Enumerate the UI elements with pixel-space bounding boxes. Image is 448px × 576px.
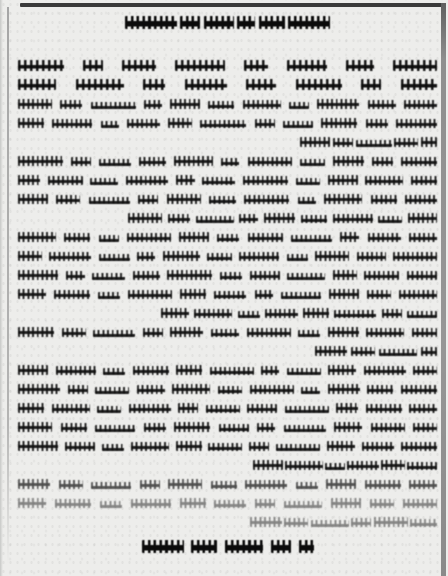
word-blob <box>334 422 362 432</box>
word-blob <box>49 252 91 261</box>
signature <box>142 538 314 555</box>
word-blob <box>381 460 405 470</box>
word-blob <box>176 441 202 451</box>
word-blob <box>333 138 353 147</box>
word-blob <box>175 60 225 71</box>
notice-content <box>18 14 437 555</box>
word-blob <box>405 195 437 204</box>
word-blob <box>374 517 408 527</box>
word-blob <box>178 403 198 413</box>
word-blob <box>296 178 320 185</box>
word-blob <box>407 271 437 280</box>
word-blob <box>18 441 58 451</box>
word-blob <box>99 254 130 261</box>
word-blob <box>394 138 418 147</box>
text-line <box>18 189 437 208</box>
word-blob <box>371 423 405 432</box>
word-blob <box>185 79 227 90</box>
word-blob <box>225 540 263 553</box>
word-blob <box>340 232 359 242</box>
word-blob <box>246 79 276 90</box>
signature-row <box>18 538 437 555</box>
word-blob <box>71 157 91 166</box>
text-line <box>128 208 437 227</box>
word-blob <box>239 214 258 223</box>
word-blob <box>176 175 195 185</box>
word-blob <box>237 16 255 29</box>
word-blob <box>144 100 162 109</box>
word-blob <box>99 235 119 242</box>
word-blob <box>393 60 437 71</box>
word-blob <box>143 79 165 90</box>
word-blob <box>122 60 156 71</box>
word-blob <box>287 60 327 71</box>
word-blob <box>218 386 242 394</box>
word-blob <box>301 387 320 394</box>
word-blob <box>328 365 356 375</box>
word-blob <box>172 384 210 394</box>
word-blob <box>285 461 323 470</box>
word-blob <box>264 213 295 223</box>
word-blob <box>98 292 120 299</box>
word-blob <box>18 99 52 109</box>
word-blob <box>90 178 118 185</box>
text-line <box>18 170 437 189</box>
word-blob <box>174 156 213 166</box>
word-blob <box>138 195 158 204</box>
word-blob <box>125 16 177 29</box>
word-blob <box>18 156 63 166</box>
word-blob <box>180 16 200 29</box>
word-blob <box>131 442 169 451</box>
word-blob <box>368 233 401 242</box>
word-blob <box>245 480 287 489</box>
left-rule <box>7 7 9 564</box>
word-blob <box>131 499 171 508</box>
text-line <box>315 341 437 360</box>
word-blob <box>76 79 124 90</box>
word-blob <box>367 290 391 299</box>
word-blob <box>18 403 44 413</box>
word-blob <box>366 119 388 128</box>
word-blob <box>167 270 212 280</box>
word-blob <box>364 366 406 375</box>
word-blob <box>194 309 232 318</box>
word-blob <box>214 291 246 299</box>
word-blob <box>244 195 289 204</box>
word-blob <box>321 118 357 128</box>
word-blob <box>133 271 160 280</box>
word-blob <box>250 271 280 280</box>
word-blob <box>311 520 349 527</box>
word-blob <box>129 404 171 413</box>
word-blob <box>366 328 404 337</box>
word-blob <box>65 442 95 451</box>
word-blob <box>64 233 90 242</box>
word-blob <box>407 462 437 470</box>
word-blob <box>413 423 437 432</box>
word-blob <box>356 140 392 147</box>
word-blob <box>140 480 160 489</box>
word-blob <box>48 176 83 185</box>
word-blob <box>206 405 240 413</box>
word-blob <box>209 196 236 204</box>
word-blob <box>102 444 124 451</box>
word-blob <box>52 119 92 128</box>
word-blob <box>364 271 399 280</box>
text-line <box>18 284 437 303</box>
word-blob <box>92 273 125 280</box>
text-line <box>18 436 437 455</box>
word-blob <box>176 365 202 375</box>
word-blob <box>287 368 321 375</box>
word-blob <box>328 327 359 337</box>
word-blob <box>372 157 393 166</box>
notice-title <box>125 14 330 31</box>
word-blob <box>288 16 330 29</box>
word-blob <box>325 463 345 470</box>
text-line <box>18 56 437 75</box>
word-blob <box>362 442 394 451</box>
word-blob <box>18 327 54 337</box>
word-blob <box>163 251 200 261</box>
word-blob <box>196 216 234 223</box>
word-blob <box>401 79 437 90</box>
word-blob <box>126 176 168 185</box>
word-blob <box>261 366 279 375</box>
word-blob <box>331 498 361 508</box>
word-blob <box>128 290 172 299</box>
word-blob <box>60 100 82 109</box>
word-blob <box>137 385 165 394</box>
word-blob <box>329 289 359 299</box>
word-blob <box>333 156 364 166</box>
word-blob <box>378 216 402 223</box>
word-blob <box>368 100 396 109</box>
word-blob <box>336 403 358 413</box>
word-blob <box>248 157 292 166</box>
word-blob <box>421 137 437 147</box>
word-blob <box>243 176 288 185</box>
word-blob <box>18 384 60 394</box>
word-blob <box>142 540 184 553</box>
word-blob <box>328 175 358 185</box>
word-blob <box>18 251 42 261</box>
word-blob <box>248 233 283 242</box>
text-line <box>18 246 437 265</box>
word-blob <box>101 121 119 128</box>
word-blob <box>404 100 437 109</box>
word-blob <box>287 273 325 280</box>
text-line <box>18 474 437 493</box>
word-blob <box>95 387 129 394</box>
word-blob <box>217 234 239 242</box>
text-line <box>161 303 437 322</box>
word-blob <box>56 195 80 204</box>
word-blob <box>379 349 417 356</box>
word-blob <box>89 197 130 204</box>
word-blob <box>68 385 88 394</box>
word-blob <box>93 330 135 337</box>
word-blob <box>243 100 281 109</box>
word-blob <box>299 540 314 553</box>
word-blob <box>18 194 48 204</box>
word-blob <box>366 404 402 413</box>
word-blob <box>408 213 437 223</box>
word-blob <box>83 60 103 71</box>
word-blob <box>161 308 189 318</box>
word-blob <box>66 271 85 280</box>
text-line <box>18 379 437 398</box>
word-blob <box>18 365 48 375</box>
word-blob <box>367 385 393 394</box>
word-blob <box>18 79 56 90</box>
word-blob <box>327 441 355 451</box>
text-line <box>18 398 437 417</box>
word-blob <box>91 102 136 109</box>
word-blob <box>128 213 162 223</box>
word-blob <box>208 101 234 109</box>
word-blob <box>291 235 332 242</box>
word-blob <box>244 60 268 71</box>
word-blob <box>259 16 285 29</box>
word-blob <box>407 311 437 318</box>
word-blob <box>168 118 192 128</box>
word-blob <box>250 517 282 527</box>
word-blob <box>56 366 96 375</box>
word-blob <box>421 347 437 356</box>
word-blob <box>401 442 437 451</box>
word-blob <box>413 366 437 375</box>
word-blob <box>249 442 269 451</box>
word-blob <box>347 461 379 470</box>
word-blob <box>18 422 52 432</box>
word-blob <box>174 422 210 432</box>
text-line <box>253 455 437 474</box>
word-blob <box>410 519 437 527</box>
word-blob <box>333 214 373 223</box>
word-blob <box>334 310 376 318</box>
word-blob <box>168 214 190 223</box>
word-blob <box>284 518 308 527</box>
word-blob <box>18 175 40 185</box>
word-blob <box>144 423 166 432</box>
word-blob <box>55 499 91 508</box>
word-blob <box>59 480 83 489</box>
word-blob <box>210 367 254 375</box>
right-rule <box>441 3 446 576</box>
word-blob <box>18 289 46 299</box>
word-blob <box>409 233 437 242</box>
word-blob <box>191 540 217 553</box>
word-blob <box>333 270 357 280</box>
text-line <box>18 417 437 436</box>
word-blob <box>271 540 291 553</box>
word-blob <box>257 423 275 432</box>
word-blob <box>18 270 58 280</box>
word-blob <box>100 501 122 508</box>
word-blob <box>315 346 347 356</box>
word-blob <box>265 309 298 318</box>
word-blob <box>52 404 90 413</box>
word-blob <box>328 384 360 394</box>
text-line <box>18 94 437 113</box>
word-blob <box>382 309 402 318</box>
word-blob <box>411 176 437 185</box>
word-blob <box>250 385 294 394</box>
word-blob <box>276 444 320 451</box>
word-blob <box>143 328 163 337</box>
word-blob <box>133 366 169 375</box>
word-blob <box>296 482 318 489</box>
word-blob <box>202 177 235 185</box>
word-blob <box>139 157 166 166</box>
word-blob <box>170 99 200 109</box>
text-line <box>300 132 437 151</box>
text-line <box>18 151 437 170</box>
notice-title-row <box>18 14 437 31</box>
word-blob <box>303 308 329 318</box>
word-blob <box>180 498 206 508</box>
word-blob <box>61 423 87 432</box>
word-blob <box>127 119 160 128</box>
text-line <box>18 322 437 341</box>
notice-document <box>0 0 448 576</box>
word-blob <box>168 479 202 489</box>
word-blob <box>287 254 308 261</box>
word-blob <box>255 499 275 508</box>
word-blob <box>18 118 44 128</box>
word-blob <box>247 328 291 337</box>
word-blob <box>315 251 349 261</box>
word-blob <box>220 272 242 280</box>
word-blob <box>95 425 135 432</box>
word-blob <box>357 252 386 261</box>
text-line <box>250 512 437 531</box>
word-blob <box>326 479 356 489</box>
word-blob <box>399 290 437 299</box>
word-blob <box>301 215 327 223</box>
word-blob <box>103 368 125 375</box>
word-blob <box>370 499 394 508</box>
word-blob <box>351 518 371 527</box>
word-blob <box>285 406 329 413</box>
text-line <box>18 493 437 512</box>
word-blob <box>351 347 375 356</box>
word-blob <box>403 499 437 508</box>
top-rule <box>20 3 445 7</box>
word-blob <box>208 443 242 451</box>
text-line <box>18 75 437 94</box>
word-blob <box>97 406 121 413</box>
word-blob <box>214 500 246 508</box>
text-line <box>18 360 437 379</box>
word-blob <box>298 197 316 204</box>
word-blob <box>401 157 437 166</box>
word-blob <box>247 404 277 413</box>
word-blob <box>298 330 320 337</box>
word-blob <box>62 328 86 337</box>
word-blob <box>283 121 313 128</box>
word-blob <box>200 120 246 128</box>
scan-edge-shadow <box>0 0 3 576</box>
word-blob <box>284 501 322 508</box>
word-blob <box>219 424 249 432</box>
word-blob <box>18 232 56 242</box>
word-blob <box>211 481 237 489</box>
text-line <box>18 265 437 284</box>
word-blob <box>239 252 279 261</box>
word-blob <box>255 290 273 299</box>
text-line <box>18 113 437 132</box>
word-blob <box>289 102 309 109</box>
word-blob <box>361 79 381 90</box>
word-blob <box>393 252 437 261</box>
word-blob <box>409 480 437 489</box>
word-blob <box>300 137 330 147</box>
word-blob <box>253 460 283 470</box>
word-blob <box>317 99 359 109</box>
word-blob <box>99 159 131 166</box>
word-blob <box>211 329 239 337</box>
word-blob <box>18 479 50 489</box>
word-blob <box>365 176 403 185</box>
word-blob <box>371 195 397 204</box>
word-blob <box>346 60 374 71</box>
word-blob <box>54 290 90 299</box>
word-blob <box>137 252 155 261</box>
word-blob <box>281 292 321 299</box>
word-blob <box>167 194 201 204</box>
word-blob <box>401 385 437 394</box>
word-blob <box>18 498 46 508</box>
word-blob <box>221 158 239 166</box>
word-blob <box>204 16 234 29</box>
word-blob <box>296 79 342 90</box>
word-blob <box>18 60 64 71</box>
word-blob <box>284 425 326 432</box>
word-blob <box>396 119 437 128</box>
word-blob <box>207 253 232 261</box>
word-blob <box>409 404 437 413</box>
word-blob <box>127 233 171 242</box>
word-blob <box>238 311 260 318</box>
word-blob <box>180 289 206 299</box>
word-blob <box>255 119 275 128</box>
word-blob <box>179 232 209 242</box>
word-blob <box>91 482 131 489</box>
word-blob <box>412 328 437 337</box>
word-blob <box>170 327 203 337</box>
text-line <box>18 227 437 246</box>
word-blob <box>300 159 325 166</box>
word-blob <box>324 194 362 204</box>
notice-body <box>18 56 437 531</box>
word-blob <box>365 480 401 489</box>
